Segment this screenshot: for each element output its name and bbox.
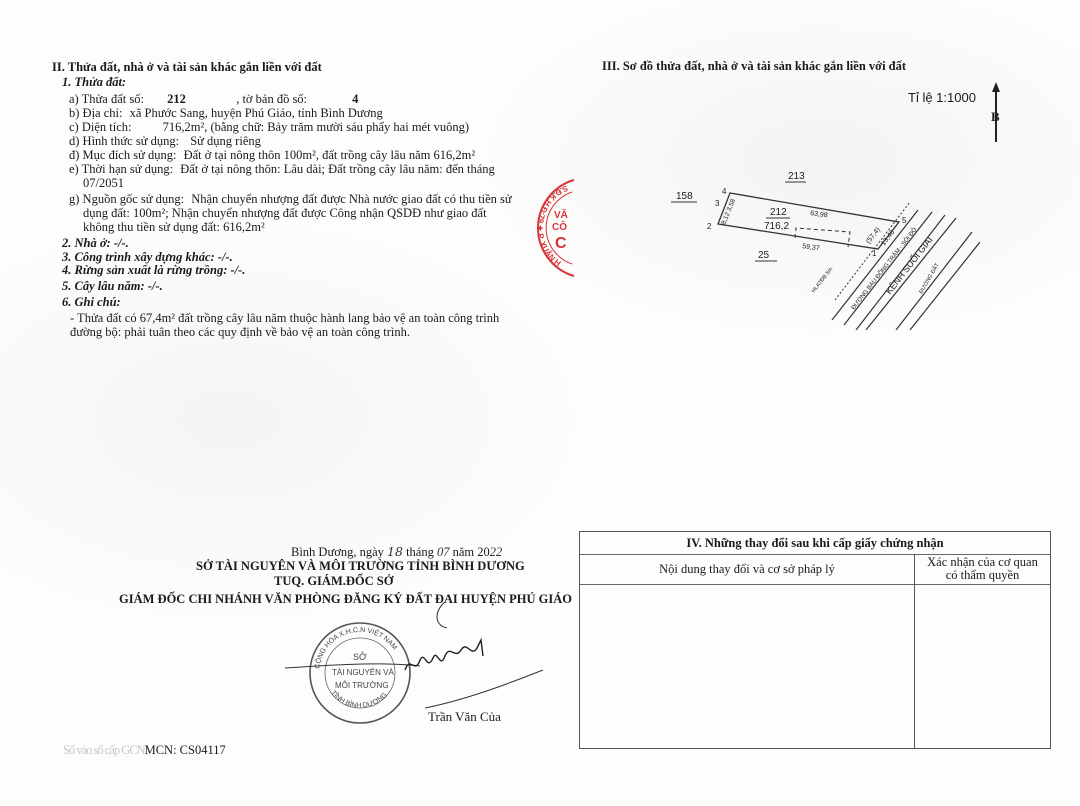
usage-form-value: Sử dụng riêng <box>190 134 261 148</box>
neighbor-213: 213 <box>788 171 805 182</box>
vertex-3: 3 <box>715 199 720 208</box>
origin-row: g) Nguồn gốc sử dụng: Nhận chuyển nhượng… <box>69 192 512 206</box>
on-behalf-label: TUQ. GIÁM.ĐỐC SỞ <box>274 574 393 589</box>
north-arrow-icon: B <box>986 82 1006 144</box>
vertex-4: 4 <box>722 187 727 196</box>
col-header-confirm: Xác nhận của cơ quancó thẩm quyền <box>915 554 1050 585</box>
parcel-no: 212 <box>167 92 233 106</box>
month-label: tháng <box>406 545 434 559</box>
address-value: xã Phước Sang, huyện Phú Giáo, tỉnh Bình… <box>130 106 383 120</box>
purpose-label: đ) Mục đích sử dụng: <box>69 148 176 162</box>
origin-value-cont-2: không thu tiền sử dụng đất: 616,2m² <box>83 220 265 234</box>
vertex-1: 1 <box>872 249 877 258</box>
changes-table: IV. Những thay đổi sau khi cấp giấy chứn… <box>579 531 1051 749</box>
neighbor-25: 25 <box>758 250 770 261</box>
red-stamp-line-2: CÔ <box>552 220 567 233</box>
cert-number-faded: Số vào sổ cấp GCN <box>63 743 145 757</box>
origin-value: Nhận chuyển nhượng đất được Nhà nước gia… <box>191 192 511 206</box>
term-value: Đất ở tại nông thôn: Lâu dài; Đất trồng … <box>180 162 495 176</box>
edge-right-length: 13,46 <box>880 229 896 247</box>
house-item: 2. Nhà ở: -/-. <box>62 236 129 251</box>
road-setback-label: HLATĐB 5m <box>811 266 835 294</box>
vertex-5: 5 <box>902 216 907 225</box>
edge-bottom-length: 59,37 <box>802 243 820 252</box>
changes-confirm-column: Xác nhận của cơ quancó thẩm quyền <box>915 554 1050 748</box>
parcel-sketch: 213 158 25 4 3 2 1 5 212 716,2 63,98 59,… <box>660 160 980 330</box>
issue-month: 07 <box>437 545 450 559</box>
issue-date-line: Bình Dương, ngày 18 tháng 07 năm 2022 <box>291 545 502 559</box>
forest-item: 4. Rừng sản xuất là rừng trồng: -/-. <box>62 263 245 278</box>
notes-heading: 6. Ghi chú: <box>62 295 121 310</box>
plot-parcel-no: 212 <box>770 207 787 218</box>
origin-label: g) Nguồn gốc sử dụng: <box>69 192 184 206</box>
col-header-content: Nội dung thay đổi và cơ sở pháp lý <box>580 554 914 585</box>
notes-line-1: - Thửa đất có 67,4m² đất trồng cây lâu n… <box>70 311 499 325</box>
address-row: b) Địa chỉ: xã Phước Sang, huyện Phú Giá… <box>69 106 383 120</box>
term-row: e) Thời hạn sử dụng: Đất ở tại nông thôn… <box>69 162 495 176</box>
parcel-number-row: a) Thửa đất số: 212 , tờ bản đồ số: 4 <box>69 92 358 106</box>
purpose-value: Đất ở tại nông thôn 100m², đất trồng cây… <box>184 148 476 162</box>
section-iv-title: IV. Những thay đổi sau khi cấp giấy chứn… <box>580 532 1050 555</box>
north-label: B <box>991 109 1000 124</box>
parcel-heading: 1. Thửa đất: <box>62 75 126 90</box>
signer-name: Trần Văn Của <box>428 709 501 725</box>
red-stamp: S.Đ.K.H.Đ:79 ★ P. XUÂN H VĂ CÔ C <box>508 178 578 278</box>
notes-line-2: đường bộ: phải tuân theo các quy định về… <box>70 325 410 339</box>
scale-label: Tỉ lệ 1:1000 <box>908 90 976 105</box>
cert-number-value: MCN: CS04117 <box>145 743 226 757</box>
parcel-no-label: a) Thửa đất số: <box>69 92 144 106</box>
area-row: c) Diện tích: 716,2m², (bằng chữ: Bảy tr… <box>69 120 469 134</box>
issuing-agency: SỞ TÀI NGUYÊN VÀ MÔI TRƯỜNG TỈNH BÌNH DƯ… <box>196 559 525 574</box>
certificate-number: Số vào sổ cấp GCNMCN: CS04117 <box>63 743 226 758</box>
term-label: e) Thời hạn sử dụng: <box>69 162 173 176</box>
changes-content-column: Nội dung thay đổi và cơ sở pháp lý <box>580 554 915 748</box>
edge-top-length: 63,98 <box>810 210 828 219</box>
red-stamp-line-3: C <box>555 235 567 252</box>
perennial-item: 5. Cây lâu năm: -/-. <box>62 279 163 294</box>
col-header-confirm-2: có thẩm quyền <box>946 568 1020 582</box>
dirt-road-label: ĐƯỜNG ĐẤT <box>918 261 941 295</box>
usage-form-label: d) Hình thức sử dụng: <box>69 134 179 148</box>
red-stamp-line-1: VĂ <box>554 208 568 221</box>
area-label: c) Diện tích: <box>69 120 131 134</box>
year-label: năm 20 <box>453 545 490 559</box>
neighbor-158: 158 <box>676 191 693 202</box>
origin-value-cont-1: dụng đất: 100m²; Nhận chuyển nhượng đất … <box>83 206 487 220</box>
plot-area: 716,2 <box>764 221 789 232</box>
vertex-2: 2 <box>707 222 712 231</box>
date-prefix: Bình Dương, ngày <box>291 545 384 559</box>
section-ii-title: II. Thửa đất, nhà ở và tài sản khác gắn … <box>52 60 322 75</box>
col-header-confirm-1: Xác nhận của cơ quan <box>927 555 1038 569</box>
address-label: b) Địa chỉ: <box>69 106 122 120</box>
section-iii-title: III. Sơ đồ thửa đất, nhà ở và tài sản kh… <box>602 59 906 74</box>
map-sheet-label: , tờ bản đồ số: <box>236 92 307 106</box>
term-value-cont: 07/2051 <box>83 176 124 190</box>
purpose-row: đ) Mục đích sử dụng: Đất ở tại nông thôn… <box>69 148 475 162</box>
map-sheet-no: 4 <box>352 92 358 106</box>
area-value: 716,2m², (bằng chữ: Bảy trăm mười sáu ph… <box>163 120 470 134</box>
handwritten-signature <box>285 600 545 710</box>
issue-year-suffix: 22 <box>490 545 503 559</box>
usage-form-row: d) Hình thức sử dụng: Sử dụng riêng <box>69 134 261 148</box>
issue-day: 18 <box>387 544 403 559</box>
